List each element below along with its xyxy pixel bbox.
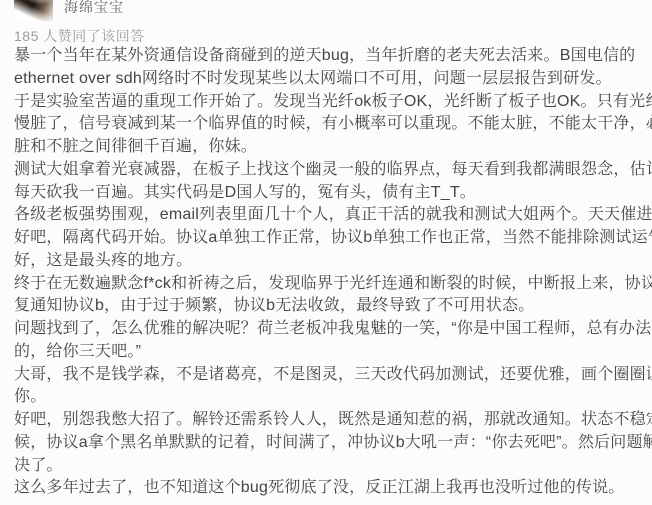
text-line: 的，给你三天吧。” (14, 341, 646, 364)
text-line: 好吧，别怨我憋大招了。解铃还需系铃人人，既然是通知惹的祸，那就改通知。状态不稳定… (14, 409, 646, 432)
text-line: 测试大姐拿着光衰减器，在板子上找这个幽灵一般的临界点，每天看到我都满眼怨念，估计… (14, 159, 646, 182)
text-line: 暴一个当年在某外资通信设备商碰到的逆天bug，当年折磨的老夫死去活来。B国电信的 (14, 45, 646, 68)
text-line: 好，这是最头疼的地方。 (14, 250, 646, 273)
text-line: 候，协议a拿个黑名单默默的记着，时间满了，冲协议b大吼一声：“你去死吧”。然后问… (14, 432, 646, 455)
text-line: 决了。 (14, 455, 646, 478)
text-line: 终于在无数遍默念f*ck和祈祷之后，发现临界于光纤连通和断裂的时候，中断报上来，… (14, 273, 646, 296)
author-name[interactable]: 海绵宝宝 (64, 0, 124, 16)
text-line: 慢脏了，信号衰减到某一个临界值的时候，有小概率可以重现。不能太脏，不能太干净，必… (14, 113, 646, 136)
text-line: 这么多年过去了，也不知道这个bug死彻底了没，反正江湖上我再也没听过他的传说。 (14, 477, 646, 500)
text-line: 问题找到了，怎么优雅的解决呢？荷兰老板冲我鬼魅的一笑，“你是中国工程师，总有办法… (14, 318, 646, 341)
author-avatar[interactable] (14, 0, 53, 21)
answer-card: 海绵宝宝 185 人赞同了该回答 暴一个当年在某外资通信设备商碰到的逆天bug，… (0, 0, 652, 505)
text-line: 大哥，我不是钱学森，不是诸葛亮，不是图灵，三天改代码加测试，还要优雅，画个圈圈诅… (14, 364, 646, 387)
text-line: 于是实验室苦逼的重现工作开始了。发现当光纤ok板子OK，光纤断了板子也OK。只有… (14, 91, 646, 114)
text-line: 脏和不脏之间徘徊千百遍，你妹。 (14, 136, 646, 159)
text-line: ethernet over sdh网络时不时发现某些以太网端口不可用，问题一层层… (14, 68, 646, 91)
text-line: 各级老板强势围观，email列表里面几十个人，真正干活的就我和测试大姐两个。天天… (14, 204, 646, 227)
text-line: 复通知协议b，由于过于频繁，协议b无法收敛，最终导致了不可用状态。 (14, 295, 646, 318)
text-line: 每天砍我一百遍。其实代码是D国人写的，冤有头，债有主T_T。 (14, 182, 646, 205)
text-line: 好吧，隔离代码开始。协议a单独工作正常，协议b单独工作也正常，当然不能排除测试运… (14, 227, 646, 250)
text-line: 你。 (14, 386, 646, 409)
vote-count-label: 185 人赞同了该回答 (14, 27, 145, 45)
answer-text: 暴一个当年在某外资通信设备商碰到的逆天bug，当年折磨的老夫死去活来。B国电信的… (14, 45, 646, 500)
